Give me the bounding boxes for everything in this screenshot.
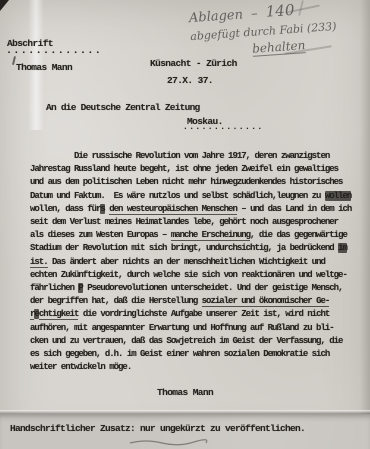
body-line: und aus dem politischen Leben nicht mehr… xyxy=(30,176,362,189)
corner-fold-mark xyxy=(0,0,9,11)
body-line: Datum und Faktum. Es wäre nutzlos und se… xyxy=(30,190,362,203)
annotation-line-3: behalten xyxy=(252,38,306,57)
body-line: wollen, dass fürs den westeuropäischen M… xyxy=(30,203,362,216)
body-line: Die russische Revolution vom Jahre 1917,… xyxy=(30,150,362,163)
body-line: cken und zu vertrauen, daß das Sowjetrei… xyxy=(30,335,362,348)
body-line: rechtigkeit die vordringlichste Aufgabe … xyxy=(30,308,362,321)
body-line: der begriffen hat, daß die Herstellung s… xyxy=(30,295,362,308)
body-text: Die russische Revolution vom Jahre 1917,… xyxy=(30,150,362,374)
pencil-squiggle xyxy=(128,438,208,446)
signature: Thomas Mann xyxy=(157,387,213,398)
footer-strip: Handschriftlicher Zusatz: nur ungekürzt … xyxy=(0,414,370,449)
recipient-line: An die Deutsche Zentral Zeitung xyxy=(46,102,199,113)
place-line: Küsnacht - Zürich xyxy=(150,58,237,69)
body-line: Stadium der Revolution mit sich bringt, … xyxy=(30,242,362,255)
annotation-line-1: Ablagen – 140 xyxy=(189,4,295,26)
sender-name: Thomas Mann xyxy=(16,62,72,73)
body-line: seit dem Verlust meines Heimatlandes leb… xyxy=(30,216,362,229)
city-dotted-underline: ............. xyxy=(183,123,264,132)
handwritten-annotation-block: Ablagen – 140 abgefügt durch Fabi (233) … xyxy=(188,0,366,62)
body-line: Jahrestag Russland heute begeht, ist ohn… xyxy=(30,163,362,176)
copy-label-dotted-underline: ............. xyxy=(6,46,102,57)
date-line: 27.X. 37. xyxy=(167,75,213,86)
annotation-filing-label: Ablagen – xyxy=(189,6,259,26)
body-line: echten Zukünftigkeit, durch welche sie s… xyxy=(30,269,362,282)
handwritten-addendum-note: Handschriftlicher Zusatz: nur ungekürzt … xyxy=(10,423,305,434)
body-line: es sich gegeben, d.h. im Geist einer wah… xyxy=(30,348,362,361)
body-line: fährlichen P Pseudorevolutionen untersch… xyxy=(30,282,362,295)
body-line: als dieses zum Westen Europas – manche E… xyxy=(30,229,362,242)
scanned-letter-page: Ablagen – 140 abgefügt durch Fabi (233) … xyxy=(0,0,370,449)
body-line: ist. Das ändert aber nichts an der mensc… xyxy=(30,256,362,269)
body-line: weiter entwickeln möge. xyxy=(30,361,362,374)
body-line: aufhören, mit angespannter Erwartung und… xyxy=(30,322,362,335)
